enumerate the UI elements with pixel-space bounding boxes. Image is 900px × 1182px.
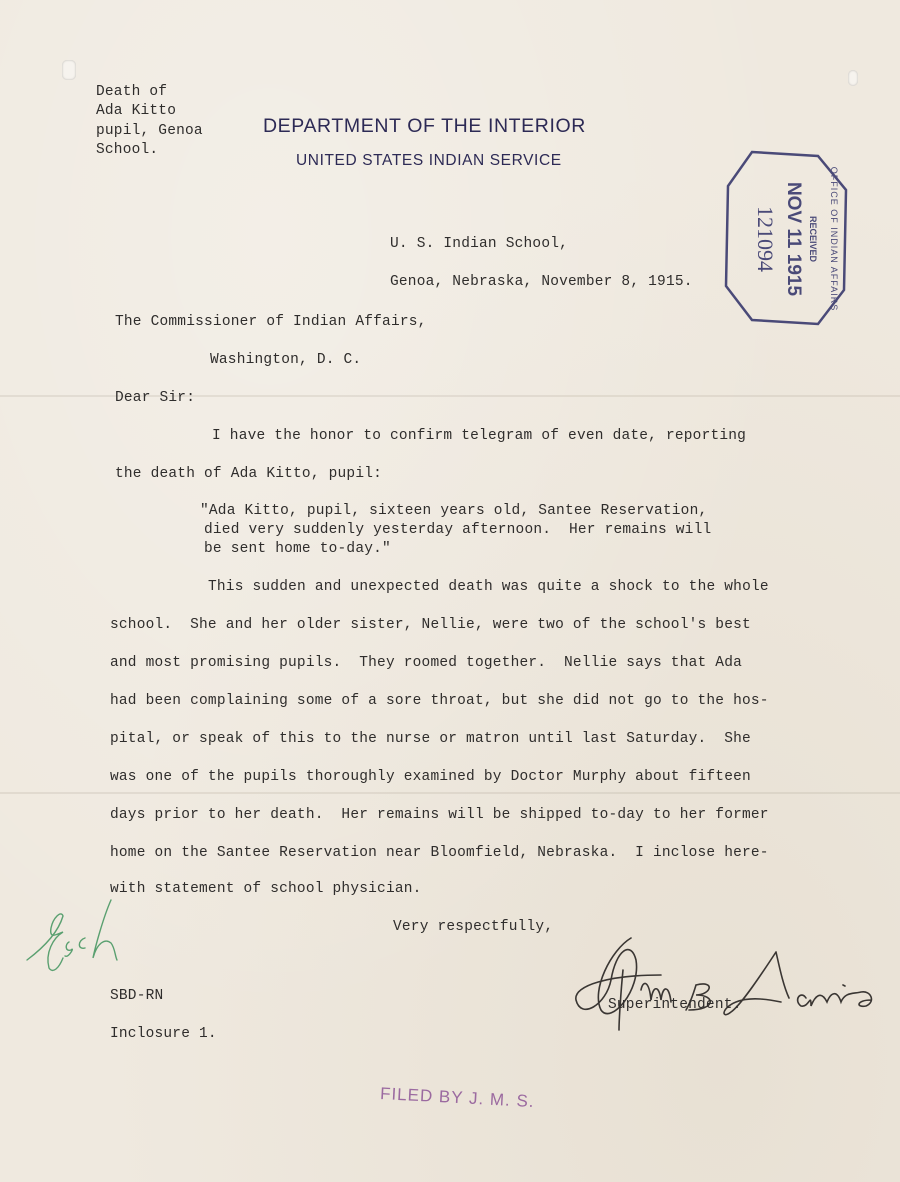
signer-title: Superintendent.: [608, 997, 742, 1013]
paragraph-line: and most promising pupils. They roomed t…: [110, 655, 742, 671]
enclosure-note: Inclosure 1.: [110, 1026, 217, 1042]
letterhead-service: UNITED STATES INDIAN SERVICE: [296, 152, 562, 170]
margin-note-line: School.: [96, 142, 158, 158]
pencil-initials-icon: [23, 898, 123, 978]
telegram-quote-line: "Ada Kitto, pupil, sixteen years old, Sa…: [200, 503, 707, 519]
paragraph-line: had been complaining some of a sore thro…: [110, 693, 769, 709]
letterhead-department: DEPARTMENT OF THE INTERIOR: [263, 115, 586, 138]
telegram-quote-line: died very suddenly yesterday afternoon. …: [204, 522, 711, 538]
paper-fold: [0, 792, 900, 794]
paragraph-line: I have the honor to confirm telegram of …: [212, 428, 746, 444]
margin-note-line: Death of: [96, 84, 167, 100]
paragraph-line: home on the Santee Reservation near Bloo…: [110, 845, 769, 861]
typist-initials: SBD-RN: [110, 988, 163, 1004]
closing: Very respectfully,: [393, 919, 553, 935]
sender-line-2: Genoa, Nebraska, November 8, 1915.: [390, 274, 693, 290]
paragraph-line: with statement of school physician.: [110, 881, 422, 897]
paragraph-line: school. She and her older sister, Nellie…: [110, 617, 751, 633]
svg-text:121094: 121094: [753, 206, 778, 272]
recipient-line-1: The Commissioner of Indian Affairs,: [115, 314, 427, 330]
svg-text:RECEIVED: RECEIVED: [808, 216, 818, 263]
received-stamp: OFFICE OF INDIAN AFFAIRS RECEIVED NOV 11…: [722, 150, 850, 328]
svg-text:NOV 11 1915: NOV 11 1915: [783, 182, 804, 297]
paragraph-line: days prior to her death. Her remains wil…: [110, 807, 769, 823]
sender-line-1: U. S. Indian School,: [390, 236, 568, 252]
paragraph-line: was one of the pupils thoroughly examine…: [110, 769, 751, 785]
stamp-octagon-icon: OFFICE OF INDIAN AFFAIRS RECEIVED NOV 11…: [722, 150, 850, 328]
telegram-quote-line: be sent home to-day.": [204, 541, 391, 557]
salutation: Dear Sir:: [115, 390, 195, 406]
punch-hole: [848, 70, 858, 86]
recipient-line-2: Washington, D. C.: [210, 352, 361, 368]
margin-note-line: pupil, Genoa: [96, 123, 203, 139]
green-pencil-annotation: Esh: [4, 880, 104, 960]
handwritten-signature-icon: [571, 930, 891, 1040]
margin-note-line: Ada Kitto: [96, 103, 176, 119]
filed-stamp: FILED BY J. M. S.: [380, 1084, 535, 1112]
paragraph-line: This sudden and unexpected death was qui…: [208, 579, 769, 595]
svg-text:OFFICE OF INDIAN AFFAIRS: OFFICE OF INDIAN AFFAIRS: [829, 167, 839, 312]
paragraph-line: pital, or speak of this to the nurse or …: [110, 731, 751, 747]
punch-hole: [62, 60, 76, 80]
paragraph-line: the death of Ada Kitto, pupil:: [115, 466, 382, 482]
